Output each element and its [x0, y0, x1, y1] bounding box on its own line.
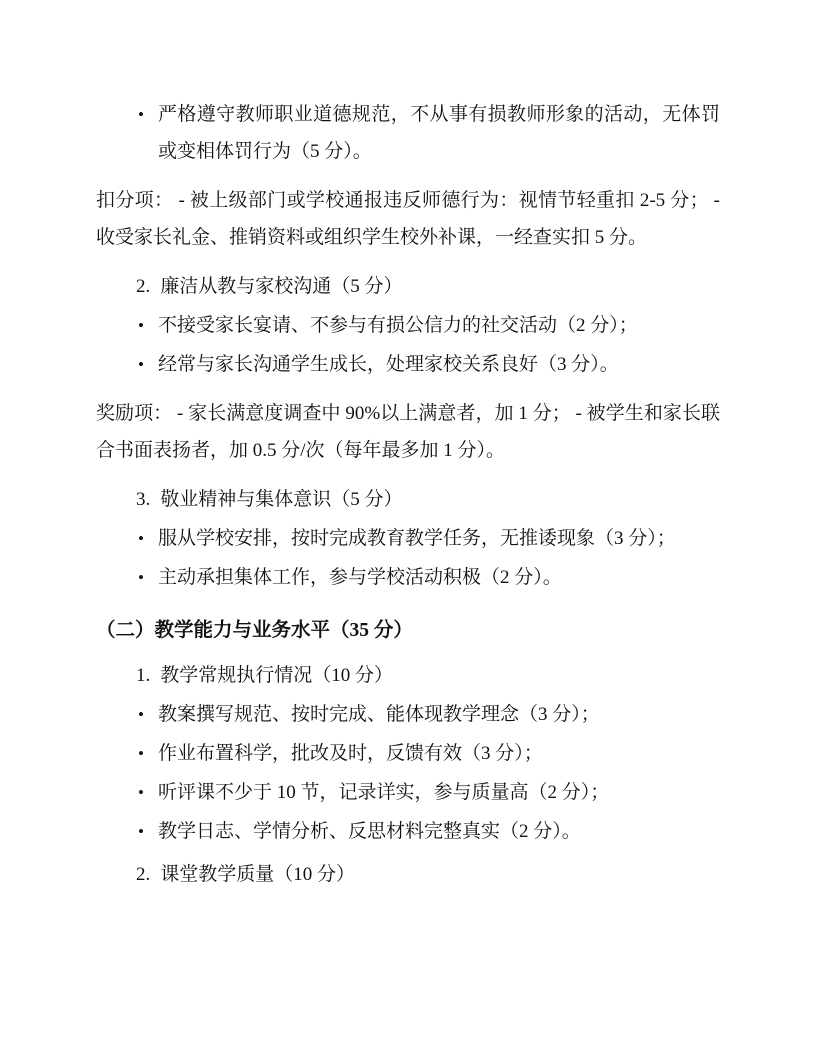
bullet-item: • 不接受家长宴请、不参与有损公信力的社交活动（2 分）；	[96, 307, 720, 344]
bullet-item-text: 主动承担集体工作，参与学校活动积极（2 分）。	[158, 567, 562, 588]
numbered-item-text: 敬业精神与集体意识（5 分）	[160, 489, 402, 510]
bullet-item-text: 教案撰写规范、按时完成、能体现教学理念（3 分）；	[158, 704, 600, 725]
bullet-item-text: 听评课不少于 10 节，记录详实，参与质量高（2 分）；	[158, 782, 609, 803]
bullet-item: • 服从学校安排，按时完成教育教学任务，无推诿现象（3 分）；	[96, 520, 720, 557]
bullet-marker-icon: •	[138, 346, 144, 383]
item-number: 2.	[136, 268, 150, 305]
bullet-item: • 教案撰写规范、按时完成、能体现教学理念（3 分）；	[96, 696, 720, 733]
bullet-item: • 主动承担集体工作，参与学校活动积极（2 分）。	[96, 559, 720, 596]
bullet-item-text: 教学日志、学情分析、反思材料完整真实（2 分）。	[158, 821, 581, 842]
bullet-marker-icon: •	[138, 307, 144, 344]
bullet-item: • 听评课不少于 10 节，记录详实，参与质量高（2 分）；	[96, 774, 720, 811]
bullet-marker-icon: •	[138, 735, 144, 772]
reward-paragraph: 奖励项： - 家长满意度调查中 90%以上满意者，加 1 分； - 被学生和家长…	[96, 395, 720, 469]
bullet-item-text: 经常与家长沟通学生成长，处理家校关系良好（3 分）。	[158, 354, 619, 375]
bullet-marker-icon: •	[138, 813, 144, 850]
numbered-item: 2.廉洁从教与家校沟通（5 分）	[96, 268, 720, 305]
item-number: 1.	[136, 657, 150, 694]
numbered-item: 3.敬业精神与集体意识（5 分）	[96, 481, 720, 518]
numbered-item: 1.教学常规执行情况（10 分）	[96, 657, 720, 694]
bullet-marker-icon: •	[138, 96, 144, 133]
bullet-marker-icon: •	[138, 696, 144, 733]
bullet-item-text: 服从学校安排，按时完成教育教学任务，无推诿现象（3 分）；	[158, 528, 676, 549]
bullet-item: • 教学日志、学情分析、反思材料完整真实（2 分）。	[96, 813, 720, 850]
bullet-item: • 严格遵守教师职业道德规范，不从事有损教师形象的活动，无体罚或变相体罚行为（5…	[96, 96, 720, 170]
bullet-marker-icon: •	[138, 774, 144, 811]
bullet-item: • 经常与家长沟通学生成长，处理家校关系良好（3 分）。	[96, 346, 720, 383]
numbered-item-text: 教学常规执行情况（10 分）	[160, 665, 393, 686]
bullet-item-text: 不接受家长宴请、不参与有损公信力的社交活动（2 分）；	[158, 315, 638, 336]
bullet-item-text: 作业布置科学，批改及时，反馈有效（3 分）；	[158, 743, 543, 764]
bullet-item-text: 严格遵守教师职业道德规范，不从事有损教师形象的活动，无体罚或变相体罚行为（5 分…	[158, 104, 720, 162]
numbered-item: 2.课堂教学质量（10 分）	[96, 856, 720, 893]
numbered-item-text: 课堂教学质量（10 分）	[160, 864, 355, 885]
document-page: • 严格遵守教师职业道德规范，不从事有损教师形象的活动，无体罚或变相体罚行为（5…	[0, 0, 816, 1056]
item-number: 3.	[136, 481, 150, 518]
numbered-item-text: 廉洁从教与家校沟通（5 分）	[160, 276, 402, 297]
bullet-marker-icon: •	[138, 520, 144, 557]
deduction-paragraph: 扣分项： - 被上级部门或学校通报违反师德行为：视情节轻重扣 2-5 分； - …	[96, 182, 720, 256]
item-number: 2.	[136, 856, 150, 893]
bullet-marker-icon: •	[138, 559, 144, 596]
bullet-item: • 作业布置科学，批改及时，反馈有效（3 分）；	[96, 735, 720, 772]
section-heading: （二）教学能力与业务水平（35 分）	[96, 612, 720, 649]
